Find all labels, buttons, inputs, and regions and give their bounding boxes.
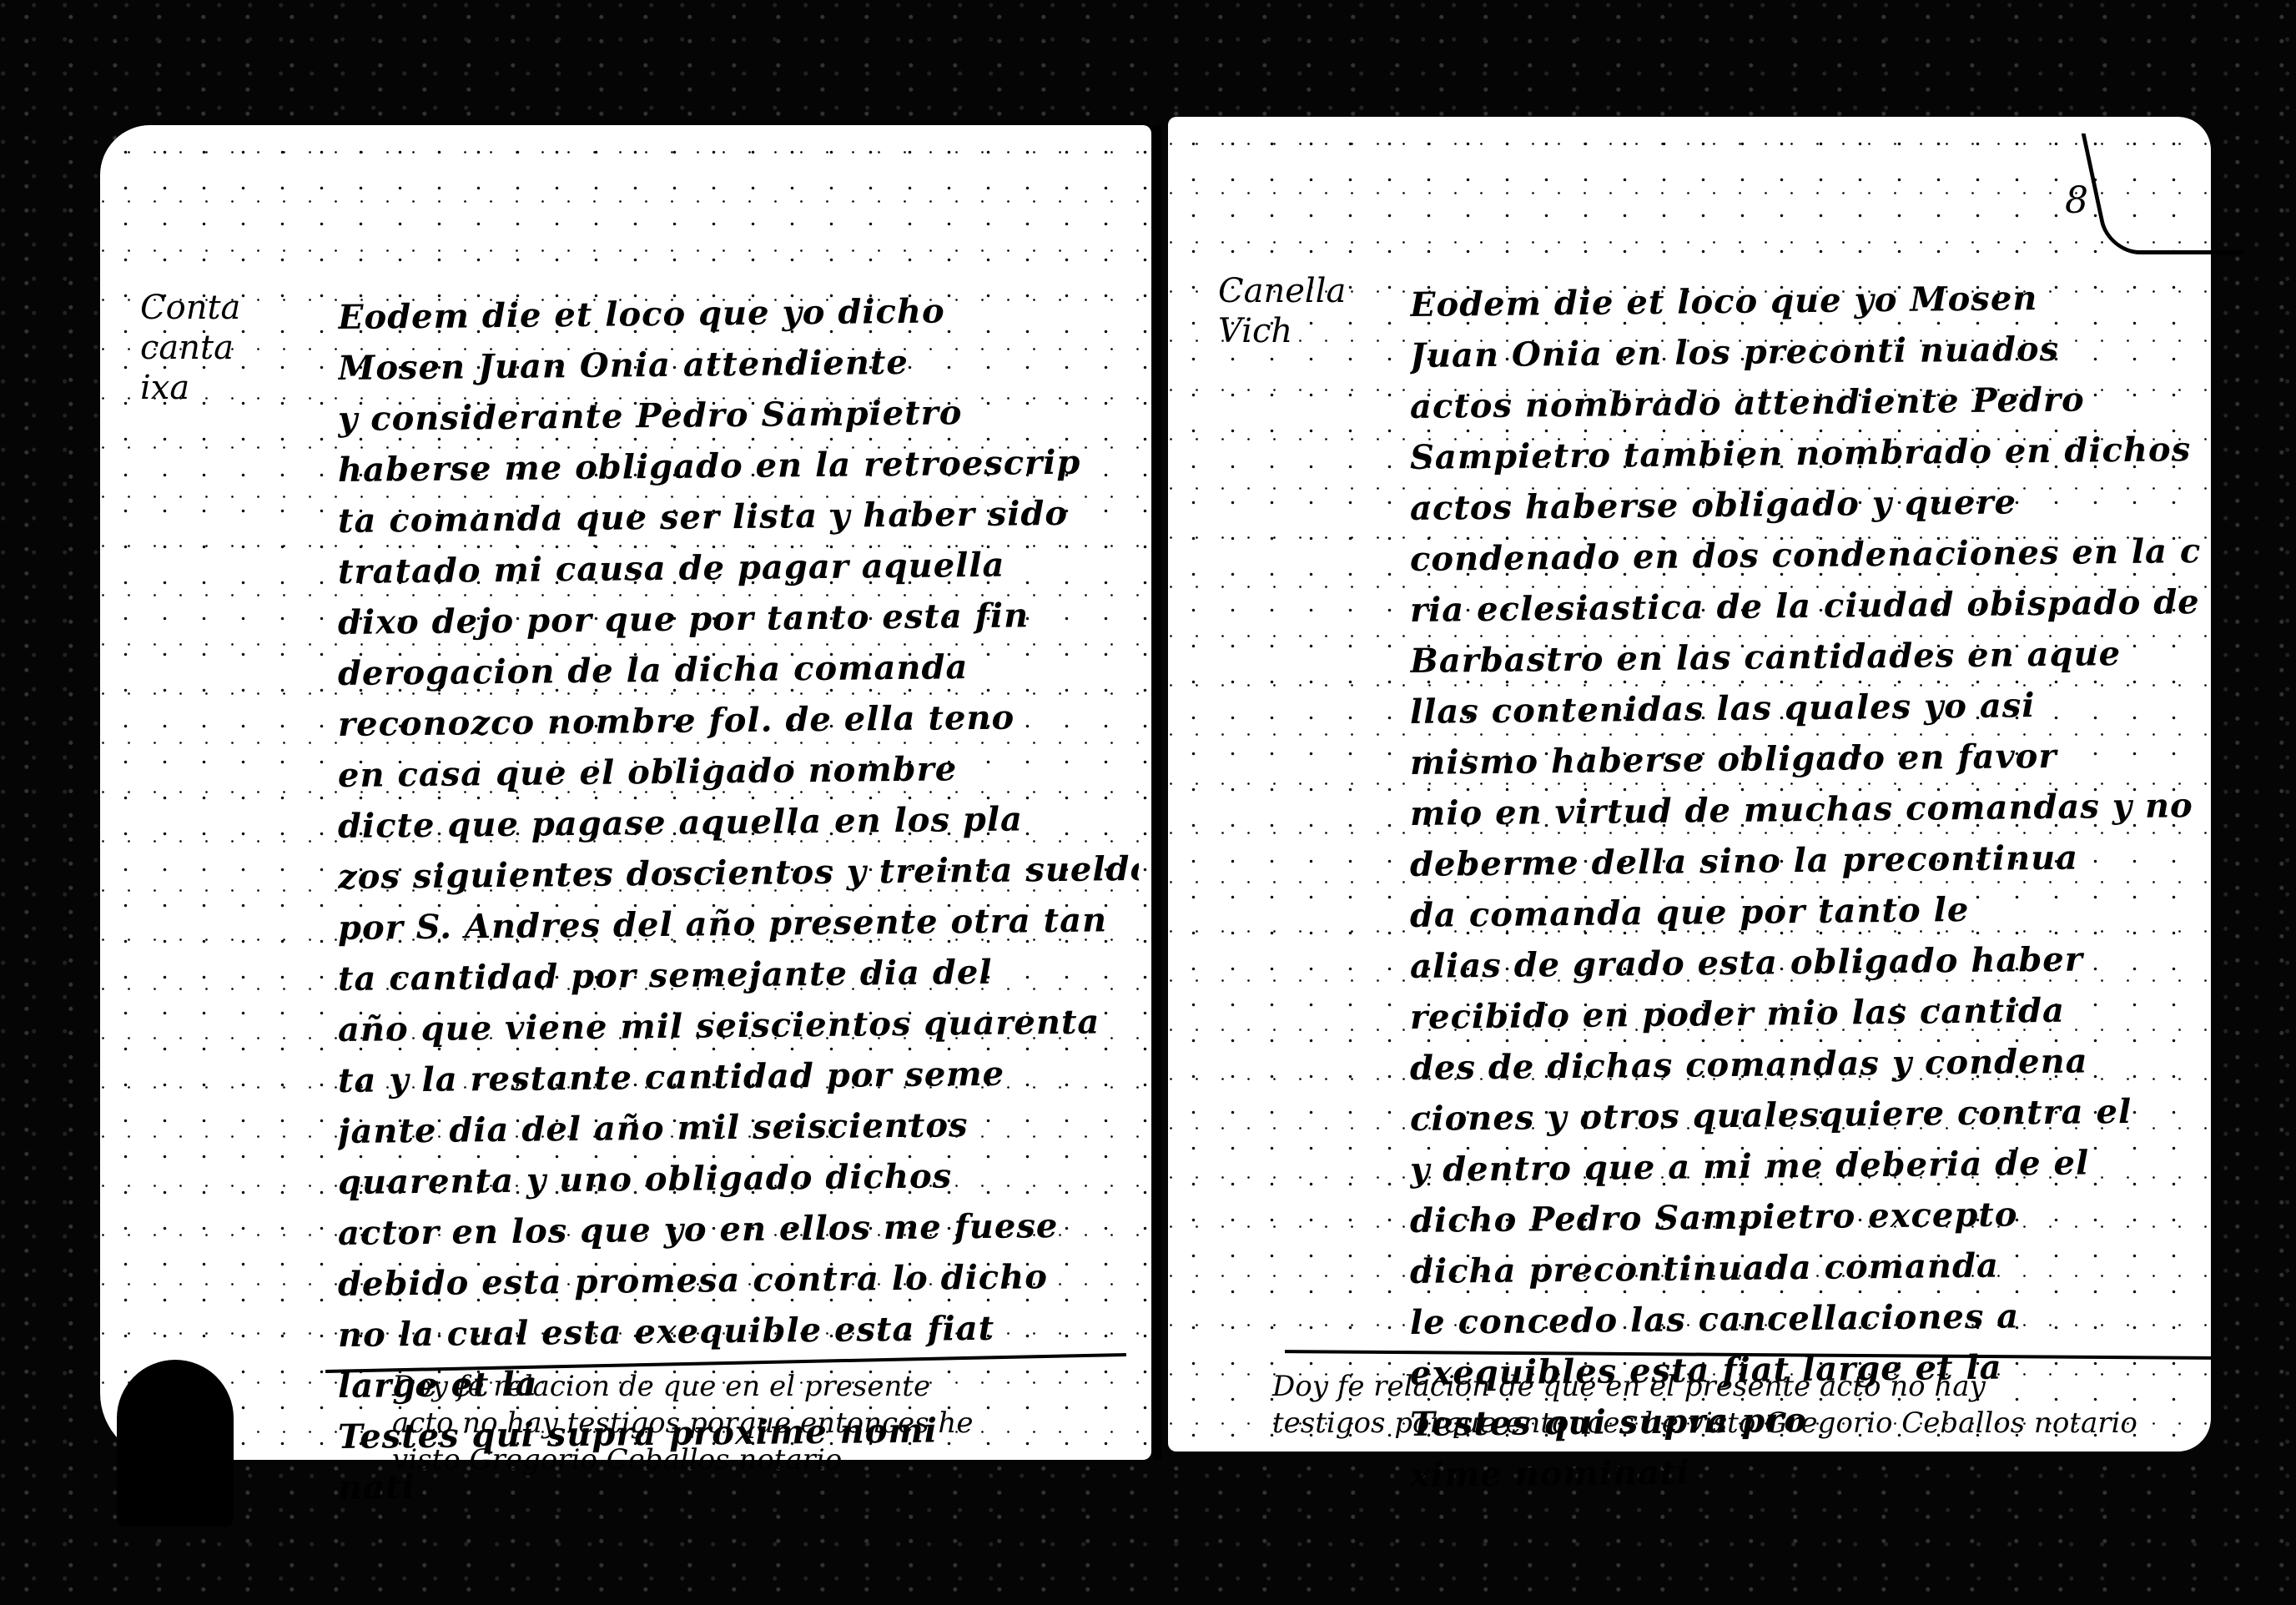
margin-note-line: canta bbox=[140, 328, 307, 368]
text-line: ciones y otros qualesquiere contra el bbox=[1410, 1085, 2203, 1145]
left-margin-note: Conta canta ixa bbox=[140, 288, 307, 408]
right-page-body: Eodem die et loco que yo Mosen Juan Onia… bbox=[1410, 275, 2203, 1497]
text-line: actos haberse obligado y quere bbox=[1410, 475, 2203, 534]
text-line: haberse me obligado en la retroescrip bbox=[338, 436, 1140, 496]
text-line: y considerante Pedro Sampietro bbox=[338, 385, 1140, 445]
text-line: da comanda que por tanto le bbox=[1410, 882, 2203, 941]
text-line: zos siguientes doscientos y treinta suel… bbox=[338, 843, 1140, 903]
page-gutter bbox=[1153, 125, 1161, 1460]
text-line: Juan Onia en los preconti nuados bbox=[1410, 322, 2203, 381]
text-line: dicha precontinuada comanda bbox=[1410, 1238, 2203, 1297]
text-line: ta cantidad por semejante dia del bbox=[338, 945, 1140, 1004]
text-line: condenado en dos condenaciones en la cu bbox=[1410, 526, 2203, 585]
text-line: xime nominati bbox=[1410, 1441, 2203, 1501]
text-line: dixo dejo por que por tanto esta fin bbox=[338, 589, 1140, 648]
footnote-line: Doy fe relacion de que en el presente bbox=[392, 1368, 973, 1405]
footnote-line: visto Gregorio Ceballos notario bbox=[392, 1441, 973, 1478]
text-line: ta comanda que ser lista y haber sido bbox=[338, 487, 1140, 546]
text-line: deberme della sino la precontinua bbox=[1410, 831, 2203, 890]
margin-note-line: ixa bbox=[140, 368, 307, 408]
text-line: quarenta y uno obligado dichos bbox=[338, 1149, 1140, 1208]
right-footnote: Doy fe relacion de que en el presente ac… bbox=[1272, 1368, 2137, 1441]
footnote-line: testigos porque entonces he visto Gregor… bbox=[1272, 1405, 2137, 1441]
left-page-body: Eodem die et loco que yo dicho Mosen Jua… bbox=[338, 288, 1139, 1509]
margin-note-line: Canella bbox=[1218, 271, 1360, 311]
margin-note-line: Vich bbox=[1218, 311, 1360, 351]
text-line: actos nombrado attendiente Pedro bbox=[1410, 373, 2203, 432]
left-footnote: Doy fe relacion de que en el presente ac… bbox=[392, 1368, 973, 1478]
text-line: des de dichas comandas y condena bbox=[1410, 1034, 2203, 1094]
page-number: 8 bbox=[2065, 179, 2088, 222]
text-line: actor en los que yo en ellos me fuese bbox=[338, 1200, 1140, 1259]
margin-note-line: Conta bbox=[140, 288, 307, 328]
text-line: en casa que el obligado nombre bbox=[338, 742, 1140, 801]
right-margin-note: Canella Vich bbox=[1218, 271, 1360, 351]
text-line: año que viene mil seiscientos quarenta bbox=[338, 996, 1140, 1055]
text-line: ta y la restante cantidad por seme bbox=[338, 1047, 1140, 1106]
text-line: llas contenidas las quales yo asi bbox=[1410, 678, 2203, 737]
text-line: no la cual esta exequible esta fiat bbox=[338, 1301, 1140, 1361]
text-line: Mosen Juan Onia attendiente bbox=[338, 335, 1140, 394]
text-line: Sampietro tambien nombrado en dichos bbox=[1410, 424, 2203, 483]
text-line: dicte que pagase aquella en los pla bbox=[338, 792, 1140, 852]
text-line: por S. Andres del año presente otra tan bbox=[338, 894, 1140, 953]
text-line: Eodem die et loco que yo Mosen bbox=[1410, 271, 2203, 330]
text-line: alias de grado esta obligado haber bbox=[1410, 933, 2203, 992]
text-line: le concedo las cancellaciones a bbox=[1410, 1289, 2203, 1348]
text-line: debido esta promesa contra lo dicho bbox=[338, 1250, 1140, 1310]
text-line: mismo haberse obligado en favor bbox=[1410, 729, 2203, 788]
text-line: dicho Pedro Sampietro excepto bbox=[1410, 1187, 2203, 1246]
text-line: derogacion de la dicha comanda bbox=[338, 640, 1140, 699]
text-line: y dentro que a mi me deberia de el bbox=[1410, 1136, 2203, 1195]
text-line: mio en virtud de muchas comandas y no bbox=[1410, 780, 2203, 839]
binding-shadow bbox=[117, 1360, 234, 1527]
footnote-line: Doy fe relacion de que en el presente ac… bbox=[1272, 1368, 2137, 1405]
text-line: tratado mi causa de pagar aquella bbox=[338, 538, 1140, 597]
text-line: jante dia del año mil seiscientos bbox=[338, 1098, 1140, 1157]
text-line: Barbastro en las cantidades en aque bbox=[1410, 627, 2203, 687]
text-line: ria eclesiastica de la ciudad obispado d… bbox=[1410, 576, 2203, 636]
text-line: Eodem die et loco que yo dicho bbox=[338, 284, 1140, 343]
footnote-line: acto no hay testigos porque entonces he bbox=[392, 1405, 973, 1441]
text-line: recibido en poder mio las cantida bbox=[1410, 984, 2203, 1043]
text-line: reconozco nombre fol. de ella teno bbox=[338, 691, 1140, 750]
